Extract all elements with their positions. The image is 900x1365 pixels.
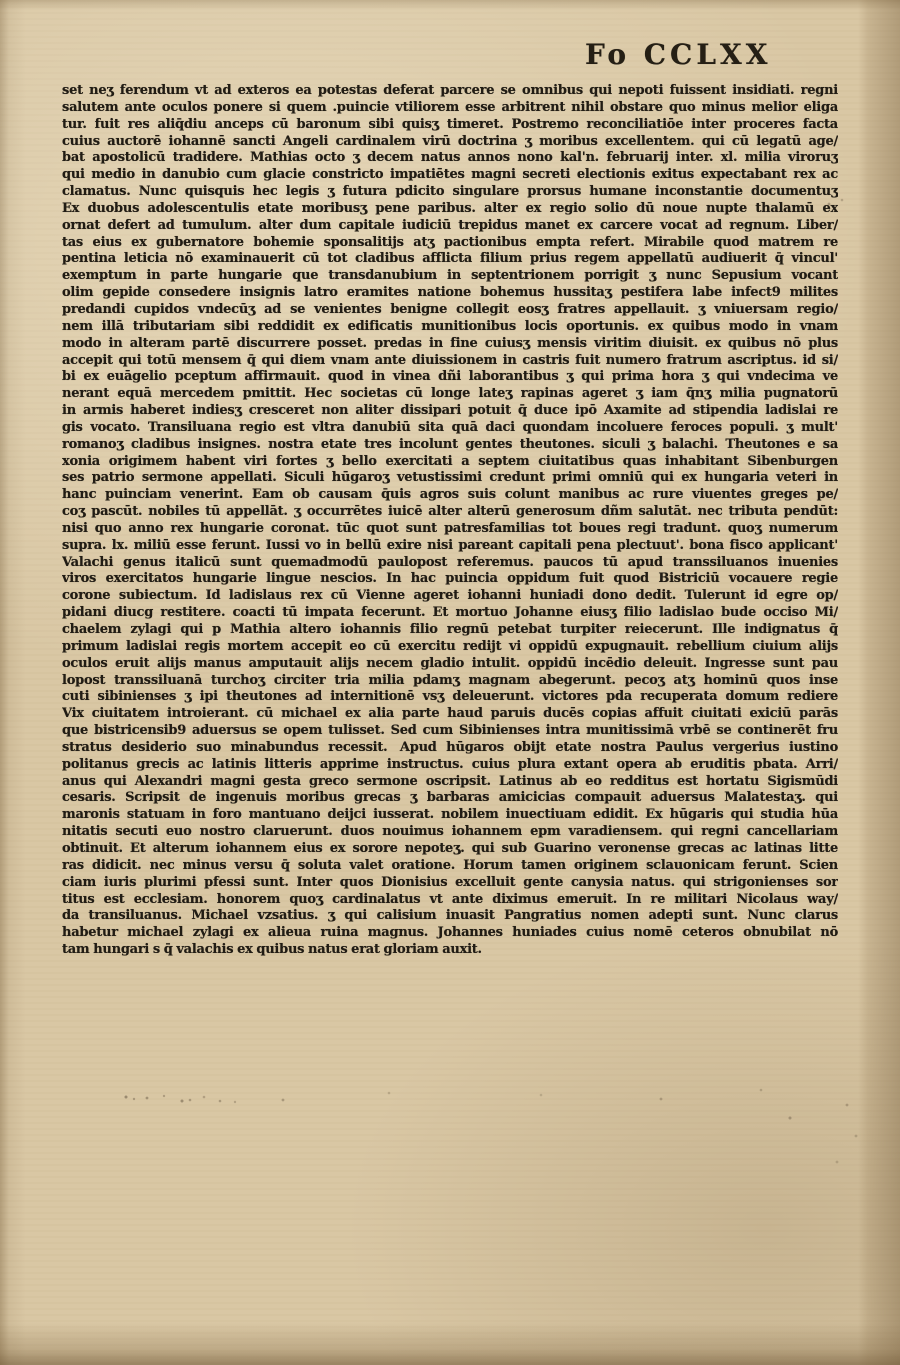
text-line: oculos eruit alijs manus amputauit alijs… bbox=[62, 656, 838, 673]
text-line: primum ladislai regis mortem accepit eo … bbox=[62, 639, 838, 656]
text-line: ciam iuris plurimi pfessi sunt. Inter qu… bbox=[62, 875, 838, 892]
text-line: supra. lx. miliū esse ferunt. Iussi vo i… bbox=[62, 538, 838, 555]
text-line: titus est ecclesiam. honorem quoʒ cardin… bbox=[62, 892, 838, 909]
page-fore-edge-shadow bbox=[858, 0, 900, 1365]
text-line: clamatus. Nunc quisquis hec legis ʒ futu… bbox=[62, 184, 838, 201]
text-block: set neʒ ferendum vt ad exteros ea potest… bbox=[62, 83, 838, 959]
text-line: corone subiectum. Id ladislaus rex cū Vi… bbox=[62, 588, 838, 605]
text-line: pidani diucg restitere. coacti tū impata… bbox=[62, 605, 838, 622]
text-line: habetur michael zylagi ex alieua ruina m… bbox=[62, 925, 838, 942]
text-line: tur. fuit res aliq̄diu anceps cū baronum… bbox=[62, 117, 838, 134]
text-line: accepit qui totū mensem q̄ qui diem vnam… bbox=[62, 353, 838, 370]
text-line: coʒ pascūt. nobiles tū appellāt. ʒ occur… bbox=[62, 504, 838, 521]
folio-number: Fo CCLXX bbox=[585, 38, 845, 71]
text-line: da transiluanus. Michael vzsatius. ʒ qui… bbox=[62, 908, 838, 925]
ink-specks bbox=[0, 0, 2, 2]
text-line: cuius auctorē iohannē sancti Angeli card… bbox=[62, 134, 838, 151]
text-line: Ex duobus adolescentulis etate moribusʒ … bbox=[62, 201, 838, 218]
text-line: pentina leticia nō examinauerit cū tot c… bbox=[62, 251, 838, 268]
text-line: Vix ciuitatem introierant. cū michael ex… bbox=[62, 706, 838, 723]
text-line: politanus grecis ac latinis litteris app… bbox=[62, 757, 838, 774]
text-line: nerant equā mercedem pmittit. Hec societ… bbox=[62, 386, 838, 403]
text-line: bi ex euāgelio pceptum affirmauit. quod … bbox=[62, 369, 838, 386]
text-line: ornat defert ad tumulum. alter dum capit… bbox=[62, 218, 838, 235]
text-line: nisi quo anno rex hungarie coronat. tūc … bbox=[62, 521, 838, 538]
text-line: chaelem zylagi qui p Mathia altero iohan… bbox=[62, 622, 838, 639]
text-line: olim gepide consedere insignis latro era… bbox=[62, 285, 838, 302]
text-line: viros exercitatos hungarie lingue nescio… bbox=[62, 571, 838, 588]
text-line: nem illā tributariam sibi reddidit ex ed… bbox=[62, 319, 838, 336]
text-line: lopost transsiluanā turchoʒ circiter tri… bbox=[62, 673, 838, 690]
text-line: ras didicit. nec minus versu q̄ soluta v… bbox=[62, 858, 838, 875]
text-line: stratus desiderio suo minabundus recessi… bbox=[62, 740, 838, 757]
text-line: hanc puinciam venerint. Eam ob causam q̄… bbox=[62, 487, 838, 504]
text-line: tas eius ex gubernatore bohemie sponsali… bbox=[62, 235, 838, 252]
text-line: que bistricensib9 aduersus se opem tulis… bbox=[62, 723, 838, 740]
text-line: romanoʒ cladibus insignes. nostra etate … bbox=[62, 437, 838, 454]
text-line: set neʒ ferendum vt ad exteros ea potest… bbox=[62, 83, 838, 100]
text-line: nitatis secuti euo nostro claruerunt. du… bbox=[62, 824, 838, 841]
text-line: qui medio in danubio cum glacie constric… bbox=[62, 167, 838, 184]
text-line: bat apostolicū tradidere. Mathias octo ʒ… bbox=[62, 150, 838, 167]
text-line: cesaris. Scripsit de ingenuis moribus gr… bbox=[62, 790, 838, 807]
text-line: obtinuit. Et alterum iohannem eius ex so… bbox=[62, 841, 838, 858]
text-line: tam hungari s q̄ valachis ex quibus natu… bbox=[62, 942, 838, 959]
text-line: gis vocato. Transiluana regio est vltra … bbox=[62, 420, 838, 437]
page-bottom-shadow bbox=[0, 1322, 900, 1365]
text-line: maronis statuam in foro mantuano deijci … bbox=[62, 807, 838, 824]
text-line: cuti sibinienses ʒ ipi theutones ad inte… bbox=[62, 689, 838, 706]
book-page: Fo CCLXX set neʒ ferendum vt ad exteros … bbox=[0, 0, 900, 1365]
text-line: ses patrio sermone appellati. Siculi hūg… bbox=[62, 470, 838, 487]
text-line: salutem ante oculos ponere si quem .puin… bbox=[62, 100, 838, 117]
text-line: in armis haberet indiesʒ cresceret non a… bbox=[62, 403, 838, 420]
text-line: predandi cupidos vndecūʒ ad se venientes… bbox=[62, 302, 838, 319]
text-line: Valachi genus italicū sunt quemadmodū pa… bbox=[62, 555, 838, 572]
text-line: xonia origimem habent viri fortes ʒ bell… bbox=[62, 454, 838, 471]
text-line: anus qui Alexandri magni gesta greco ser… bbox=[62, 774, 838, 791]
text-line: exemptum in parte hungarie que transdanu… bbox=[62, 268, 838, 285]
text-line: modo in alteram partē discurrere posset.… bbox=[62, 336, 838, 353]
